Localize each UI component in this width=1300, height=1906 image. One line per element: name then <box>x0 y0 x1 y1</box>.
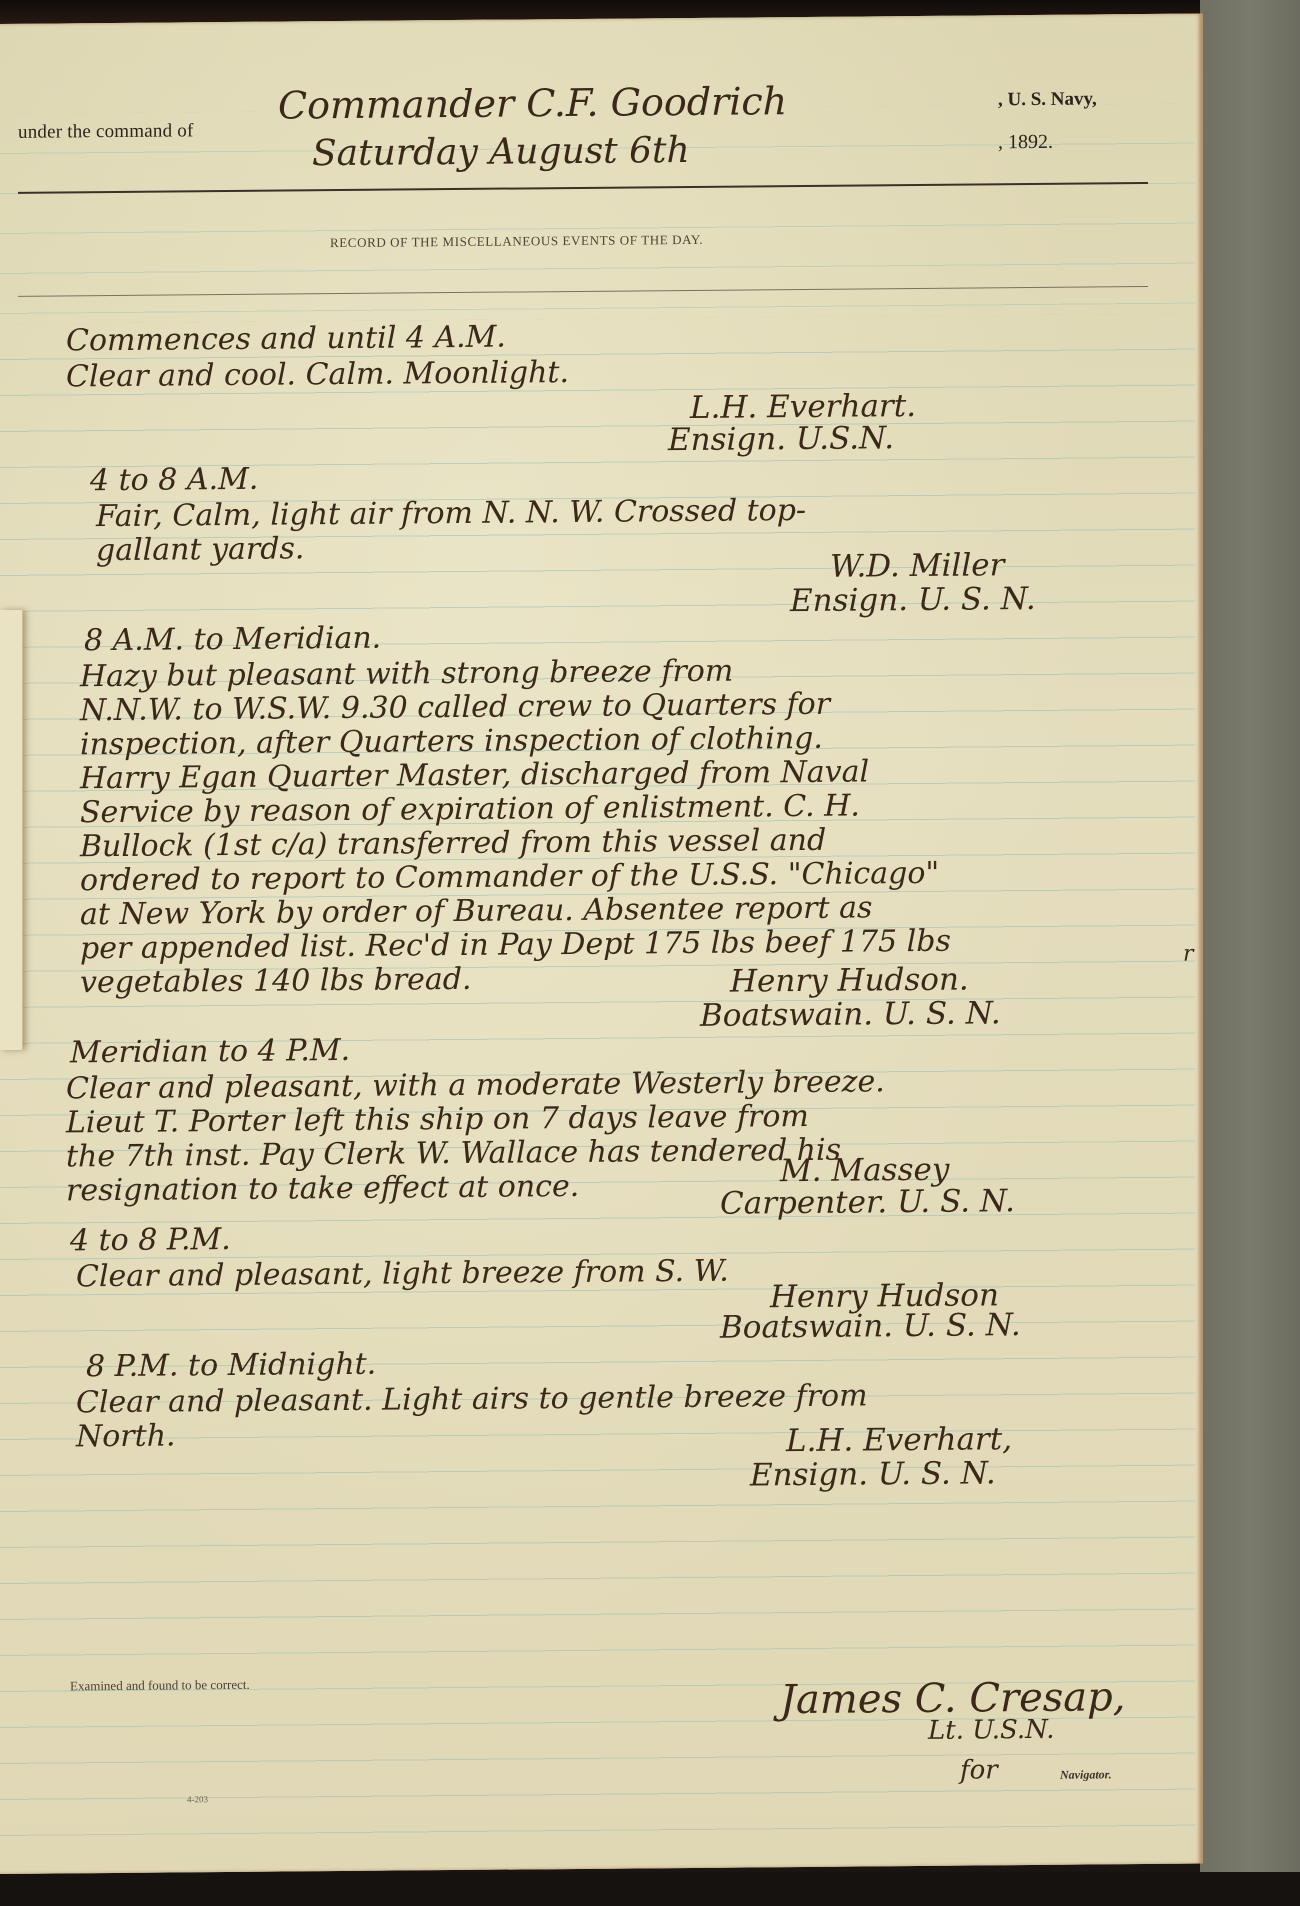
entry-line: the 7th inst. Pay Clerk W. Wallace has t… <box>66 1133 841 1176</box>
watch-heading: Meridian to 4 P.M. <box>70 1033 350 1071</box>
log-date: Saturday August 6th <box>312 130 690 174</box>
watch-heading: 8 A.M. to Meridian. <box>84 621 381 660</box>
entry-line: per appended list. Rec'd in Pay Dept 175… <box>80 924 951 968</box>
watch-heading: 4 to 8 A.M. <box>90 462 258 499</box>
log-page: under the command of Commander C.F. Good… <box>0 14 1203 1874</box>
officer-signature: W.D. Miller <box>830 547 1004 585</box>
officer-rank: Ensign. U. S. N. <box>790 581 1036 619</box>
officer-rank: Boatswain. U. S. N. <box>700 995 1001 1034</box>
commander-name: Commander C.F. Goodrich <box>278 79 787 127</box>
entry-line: Clear and pleasant, light breeze from S.… <box>76 1254 729 1296</box>
log-year: , 1892. <box>998 131 1053 154</box>
entry-line: Clear and cool. Calm. Moonlight. <box>66 355 569 395</box>
navigator-initials: for <box>960 1755 998 1785</box>
entry-line: gallant yards. <box>96 531 304 569</box>
watch-heading: Commences and until 4 A.M. <box>66 320 506 360</box>
watch-heading: 8 P.M. to Midnight. <box>86 1347 376 1386</box>
form-number: 4-203 <box>187 1794 208 1804</box>
entry-line: vegetables 140 lbs bread. <box>80 962 472 1001</box>
navy-label: , U. S. Navy, <box>998 88 1097 111</box>
officer-rank: Ensign. U.S.N. <box>668 420 894 458</box>
margin-mark: r <box>1183 942 1194 967</box>
examined-label: Examined and found to be correct. <box>70 1677 250 1695</box>
officer-rank: Ensign. U. S. N. <box>750 1455 996 1493</box>
entry-line: Fair, Calm, light air from N. N. W. Cros… <box>96 493 806 535</box>
officer-rank: Boatswain. U. S. N. <box>720 1307 1021 1346</box>
entry-line: resignation to take effect at once. <box>66 1169 579 1209</box>
watch-heading: 4 to 8 P.M. <box>70 1222 231 1259</box>
officer-signature: L.H. Everhart, <box>786 1421 1012 1459</box>
navigator-label: Navigator. <box>1060 1767 1112 1782</box>
officer-signature: Henry Hudson. <box>730 962 969 1000</box>
officer-rank: Carpenter. U. S. N. <box>720 1183 1015 1222</box>
section-title: RECORD OF THE MISCELLANEOUS EVENTS OF TH… <box>330 232 703 251</box>
page-tab-edge <box>0 610 23 1050</box>
book-bottom-edge <box>0 1872 1300 1906</box>
entry-line: North. <box>76 1418 176 1455</box>
book-cover-board <box>1200 0 1300 1880</box>
command-label: under the command of <box>18 120 193 144</box>
entry-line: Clear and pleasant. Light airs to gentle… <box>76 1378 868 1421</box>
navigator-rank: Lt. U.S.N. <box>928 1715 1055 1746</box>
